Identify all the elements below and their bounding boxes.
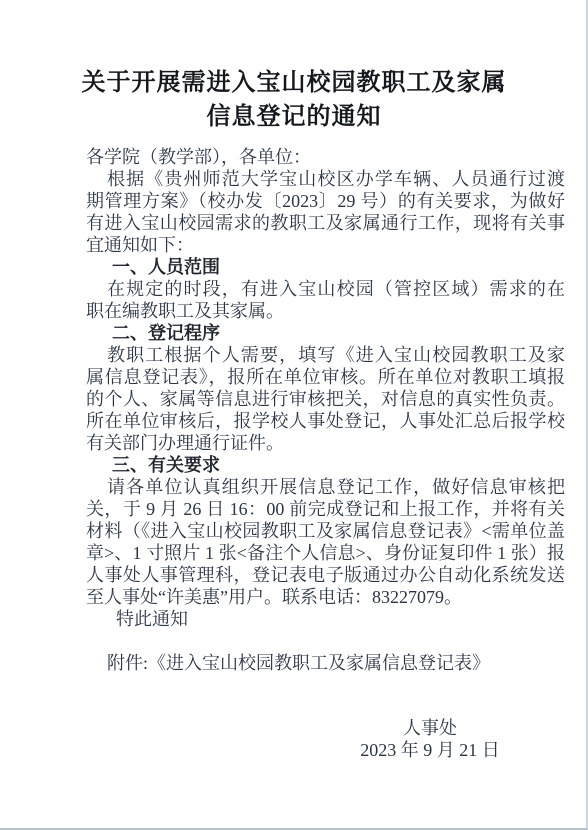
body-line: 职在编教职工及其家属。 bbox=[86, 300, 565, 322]
body-line: 至人事处“许美惠”用户。联系电话：83227079。 bbox=[86, 586, 565, 608]
section-1-heading: 一、人员范围 bbox=[86, 256, 565, 278]
body-line: 人事处人事管理科，登记表电子版通过办公自动化系统发送 bbox=[86, 564, 565, 586]
notice-title-line2: 信息登记的通知 bbox=[0, 100, 588, 134]
notice-title: 关于开展需进入宝山校园教职工及家属 信息登记的通知 bbox=[0, 66, 588, 134]
closing-line: 特此通知 bbox=[86, 608, 565, 630]
notice-body: 各学院（教学部），各单位： 根据《贵州师范大学宝山校区办学车辆、人员通行过渡 期… bbox=[86, 146, 565, 674]
body-line: 请各单位认真组织开展信息登记工作，做好信息审核把 bbox=[86, 476, 565, 498]
signature-block: 人事处 2023 年 9 月 21 日 bbox=[355, 717, 505, 761]
body-line: 关，于 9 月 26 日 16：00 前完成登记和上报工作，并将有关 bbox=[86, 498, 565, 520]
body-line: 材料（《进入宝山校园教职工及家属信息登记表》<需单位盖 bbox=[86, 520, 565, 542]
body-line: 属信息登记表》，报所在单位审核。所在单位对教职工填报 bbox=[86, 366, 565, 388]
section-2-heading: 二、登记程序 bbox=[86, 322, 565, 344]
issuer-name: 人事处 bbox=[355, 717, 505, 739]
body-line: 所在单位审核后，报学校人事处登记，人事处汇总后报学校 bbox=[86, 410, 565, 432]
body-line: 宜通知如下： bbox=[86, 234, 565, 256]
body-line: 在规定的时段，有进入宝山校园（管控区域）需求的在 bbox=[86, 278, 565, 300]
body-line: 教职工根据个人需要，填写《进入宝山校园教职工及家 bbox=[86, 344, 565, 366]
body-line: 根据《贵州师范大学宝山校区办学车辆、人员通行过渡 bbox=[86, 168, 565, 190]
attachment-line: 附件:《进入宝山校园教职工及家属信息登记表》 bbox=[86, 652, 565, 674]
notice-document-page: 关于开展需进入宝山校园教职工及家属 信息登记的通知 各学院（教学部），各单位： … bbox=[0, 0, 588, 830]
issue-date: 2023 年 9 月 21 日 bbox=[355, 739, 505, 761]
body-line: 章>、1 寸照片 1 张<备注个人信息>、身份证复印件 1 张）报 bbox=[86, 542, 565, 564]
body-line: 期管理方案》（校办发〔2023〕29 号）的有关要求，为做好 bbox=[86, 190, 565, 212]
blank-line bbox=[86, 630, 565, 652]
salutation-line: 各学院（教学部），各单位： bbox=[86, 146, 565, 168]
body-line: 的个人、家属等信息进行审核把关，对信息的真实性负责。 bbox=[86, 388, 565, 410]
body-line: 有进入宝山校园需求的教职工及家属通行工作，现将有关事 bbox=[86, 212, 565, 234]
section-3-heading: 三、有关要求 bbox=[86, 454, 565, 476]
notice-title-line1: 关于开展需进入宝山校园教职工及家属 bbox=[0, 66, 588, 100]
body-line: 有关部门办理通行证件。 bbox=[86, 432, 565, 454]
